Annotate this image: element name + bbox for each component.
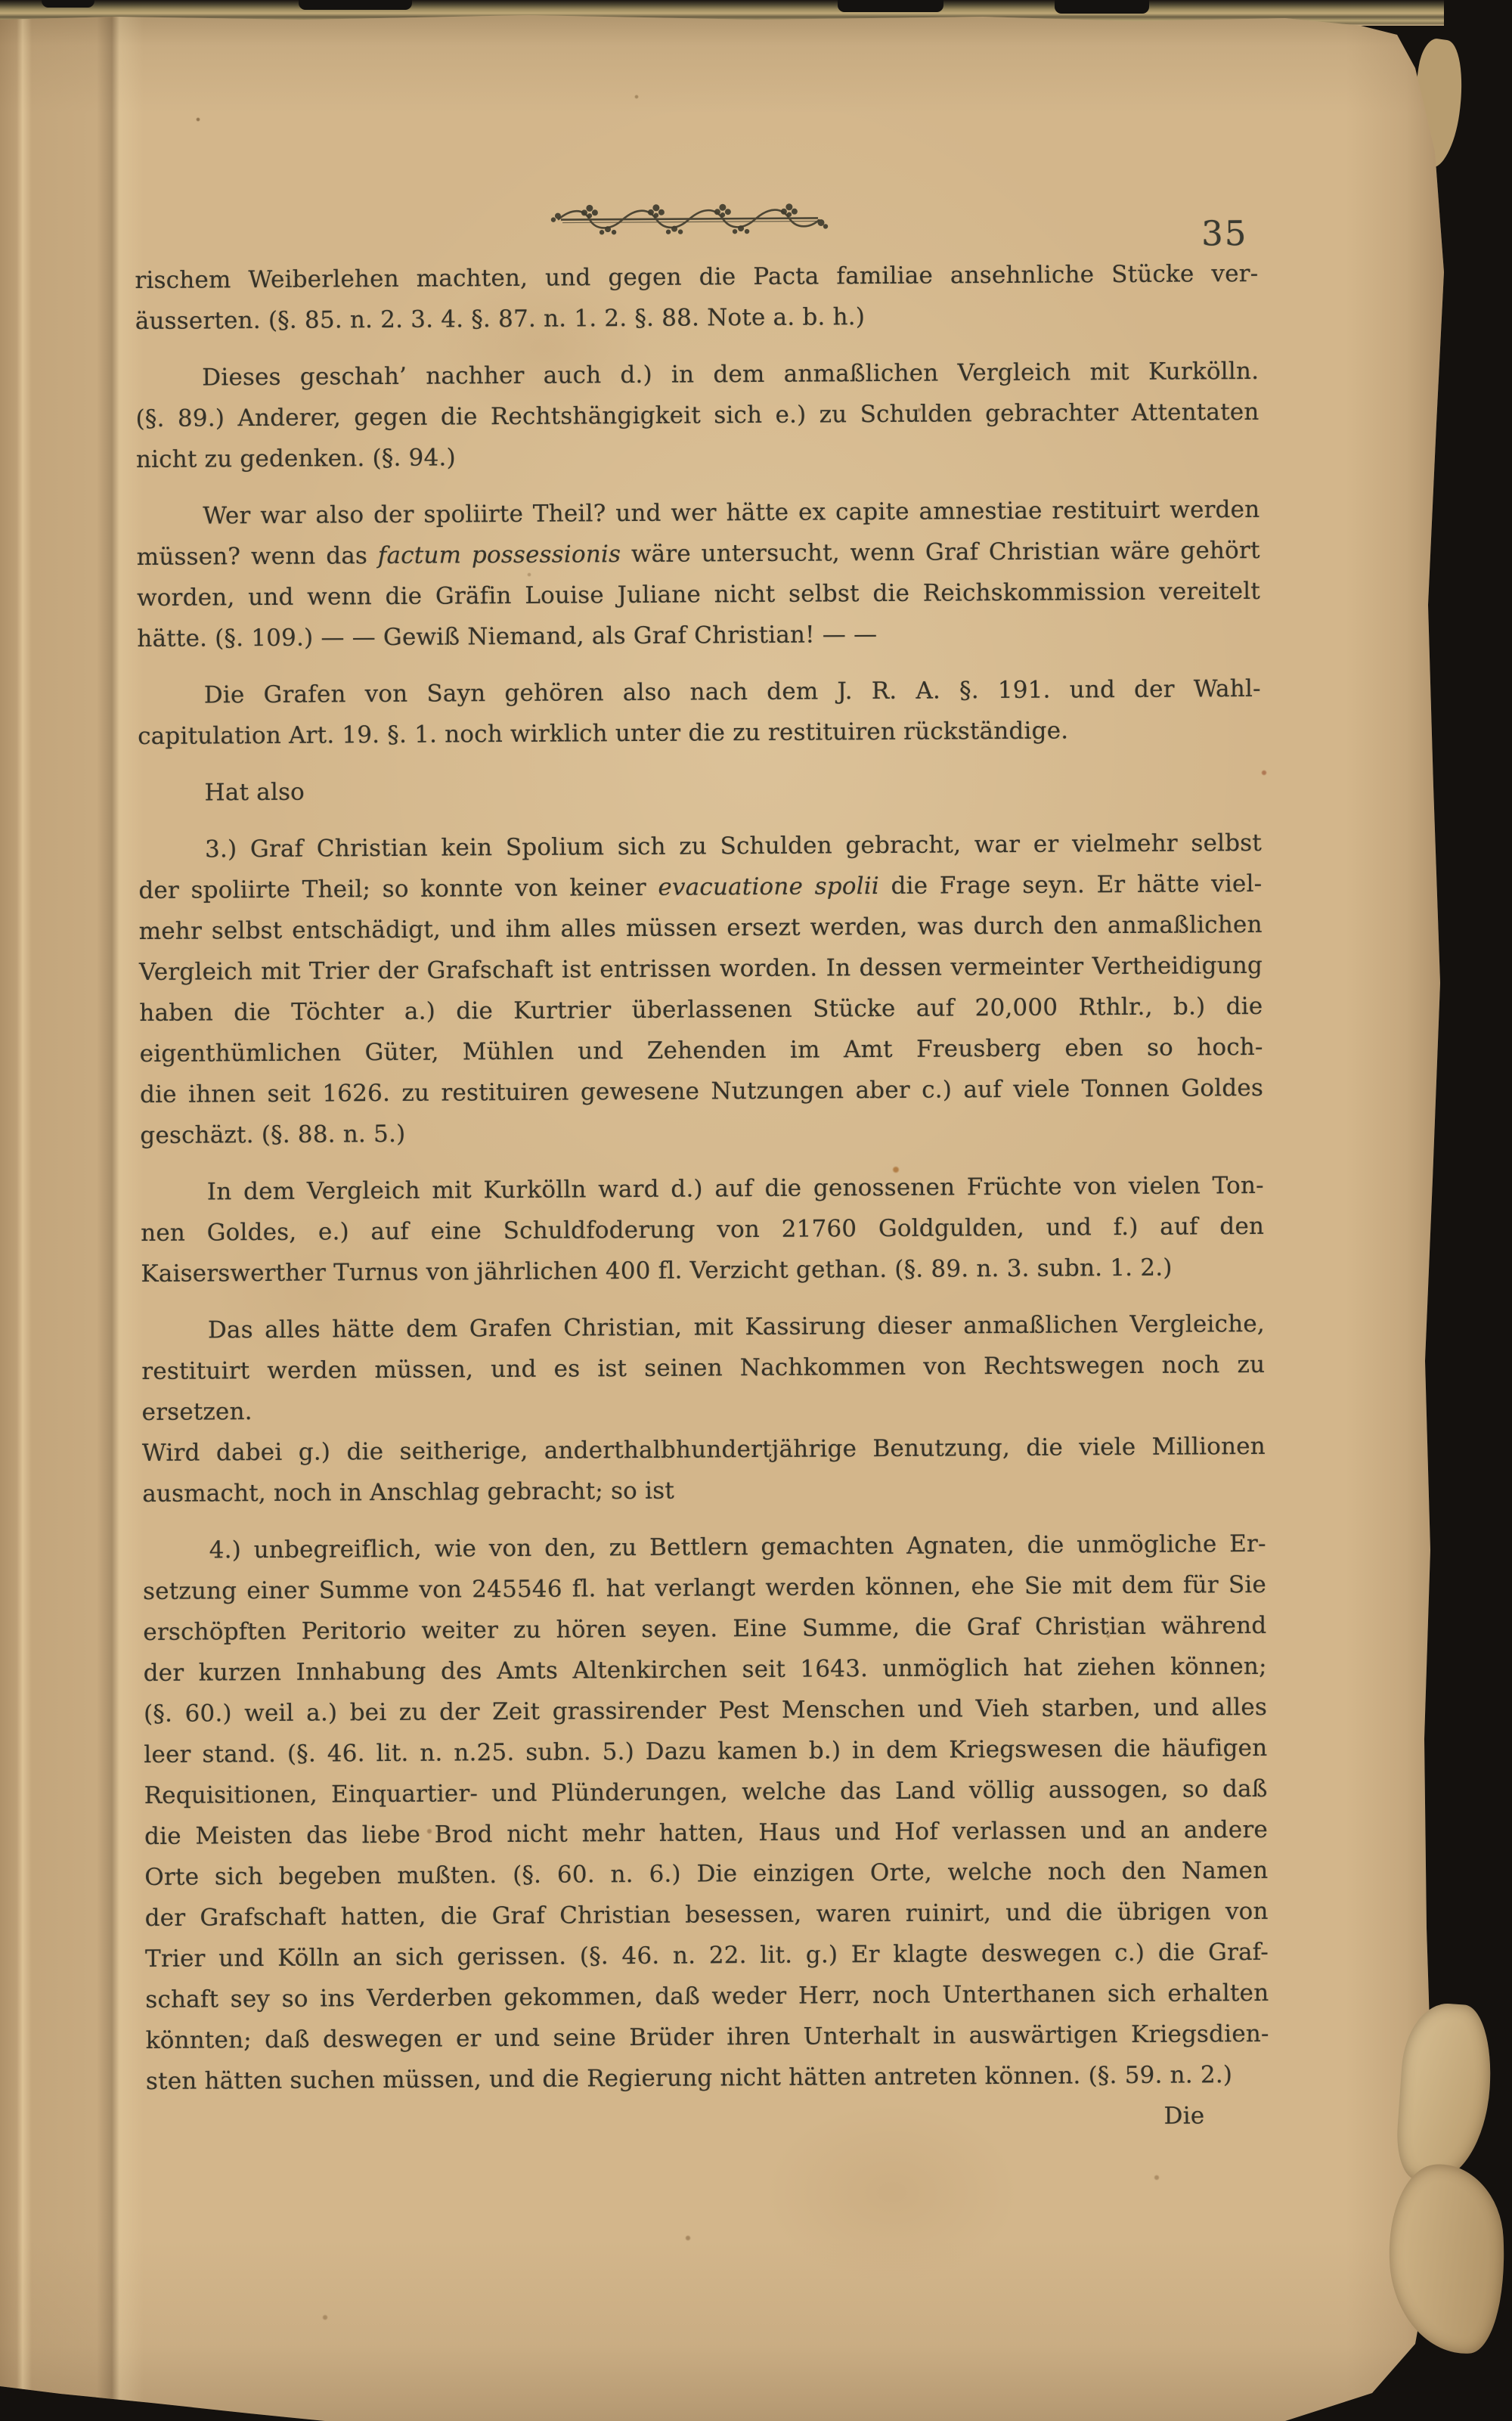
text-line: könnten; daß deswegen er und seine Brüde… <box>146 2013 1269 2061</box>
text-line: Wer war also der spoliirte Theil? und we… <box>136 489 1259 537</box>
text-line: hätte. (§. 109.) — — Gewiß Niemand, als … <box>137 612 1260 659</box>
text-line: Trier und Kölln an sich gerissen. (§. 46… <box>145 1932 1269 1979</box>
text-line: Vergleich mit Trier der Grafschaft ist e… <box>139 945 1263 993</box>
head-ornament-icon <box>550 197 829 237</box>
text-line: 3.) Graf Christian kein Spolium sich zu … <box>138 823 1262 870</box>
scanned-book-page: 35 rischem Weiberlehen machten, und gege… <box>0 0 1512 2421</box>
text-line: der Grafschaft hatten, die Graf Christia… <box>145 1891 1269 1939</box>
text-line: der spoliirte Theil; so konnte von keine… <box>138 863 1262 911</box>
text-line: Hat also <box>138 766 1261 814</box>
paragraph: Das alles hätte dem Grafen Christian, mi… <box>141 1303 1266 1514</box>
paragraph: Wer war also der spoliirte Theil? und we… <box>136 489 1260 659</box>
text-line: worden, und wenn die Gräfin Louise Julia… <box>137 571 1260 618</box>
text-line: eigenthümlichen Güter, Mühlen und Zehend… <box>140 1027 1263 1074</box>
text-line: rischem Weiberlehen machten, und gegen d… <box>135 253 1258 301</box>
text-line: leer stand. (§. 46. lit. n. n.25. subn. … <box>144 1728 1267 1775</box>
text-line: Das alles hätte dem Grafen Christian, mi… <box>141 1303 1265 1351</box>
text-line: Requisitionen, Einquartier- und Plünderu… <box>144 1768 1268 1816</box>
text-line: nicht zu gedenken. (§. 94.) <box>136 432 1259 480</box>
text-line: (§. 60.) weil a.) bei zu der Zeit grassi… <box>144 1687 1267 1734</box>
printed-content: 35 rischem Weiberlehen machten, und gege… <box>0 0 1512 2421</box>
text-line: 4.) unbegreiflich, wie von den, zu Bettl… <box>143 1524 1266 1571</box>
text-line: erschöpften Peritorio weiter zu hören se… <box>143 1605 1266 1653</box>
text-line: die Meisten das liebe Brod nicht mehr ha… <box>144 1809 1268 1857</box>
text-line: mehr selbst entschädigt, und ihm alles m… <box>139 904 1263 952</box>
text-line: äusserten. (§. 85. n. 2. 3. 4. §. 87. n.… <box>135 294 1259 342</box>
text-line: geschäzt. (§. 88. n. 5.) <box>140 1108 1263 1156</box>
text-line: müssen? wenn das factum possessionis wär… <box>137 530 1260 578</box>
text-line: Wird dabei g.) die seitherige, anderthal… <box>142 1426 1266 1474</box>
paragraph: Die Grafen von Sayn gehören also nach de… <box>138 668 1262 757</box>
text-line: ausmacht, noch in Anschlag gebracht; so … <box>142 1467 1266 1514</box>
text-line: sten hätten suchen müssen, und die Regie… <box>146 2054 1269 2102</box>
paragraph: Dieses geschah’ nachher auch d.) in dem … <box>135 351 1259 480</box>
text-line: der kurzen Innhabung des Amts Altenkirch… <box>144 1646 1267 1694</box>
text-line: restituirt werden müssen, und es ist sei… <box>141 1344 1266 1433</box>
text-line: die ihnen seit 1626. zu restituiren gewe… <box>140 1068 1263 1115</box>
text-line: Orte sich begeben mußten. (§. 60. n. 6.)… <box>144 1850 1268 1898</box>
paragraph: In dem Vergleich mit Kurkölln ward d.) a… <box>141 1165 1265 1294</box>
paragraph: 4.) unbegreiflich, wie von den, zu Bettl… <box>143 1524 1270 2102</box>
text-line: (§. 89.) Anderer, gegen die Rechtshängig… <box>135 392 1259 439</box>
paragraph: rischem Weiberlehen machten, und gegen d… <box>135 253 1259 342</box>
text-line: Dieses geschah’ nachher auch d.) in dem … <box>135 351 1259 398</box>
text-line: schaft sey so ins Verderben gekommen, da… <box>145 1973 1269 2020</box>
text-line: Die Grafen von Sayn gehören also nach de… <box>138 668 1261 716</box>
paragraph: Hat also <box>138 766 1261 814</box>
text-block: rischem Weiberlehen machten, und gegen d… <box>135 253 1269 2143</box>
text-line: nen Goldes, e.) auf eine Schuldfoderung … <box>141 1206 1264 1254</box>
text-line: haben die Töchter a.) die Kurtrier überl… <box>139 986 1263 1034</box>
text-line: setzung einer Summe von 245546 fl. hat v… <box>143 1564 1266 1612</box>
paragraph: 3.) Graf Christian kein Spolium sich zu … <box>138 823 1264 1156</box>
text-line: In dem Vergleich mit Kurkölln ward d.) a… <box>141 1165 1264 1213</box>
text-line: Kaiserswerther Turnus von jährlichen 400… <box>141 1247 1264 1294</box>
catchword: Die <box>146 2095 1269 2143</box>
text-line: capitulation Art. 19. §. 1. noch wirklic… <box>138 709 1261 757</box>
page-number: 35 <box>1201 216 1248 250</box>
